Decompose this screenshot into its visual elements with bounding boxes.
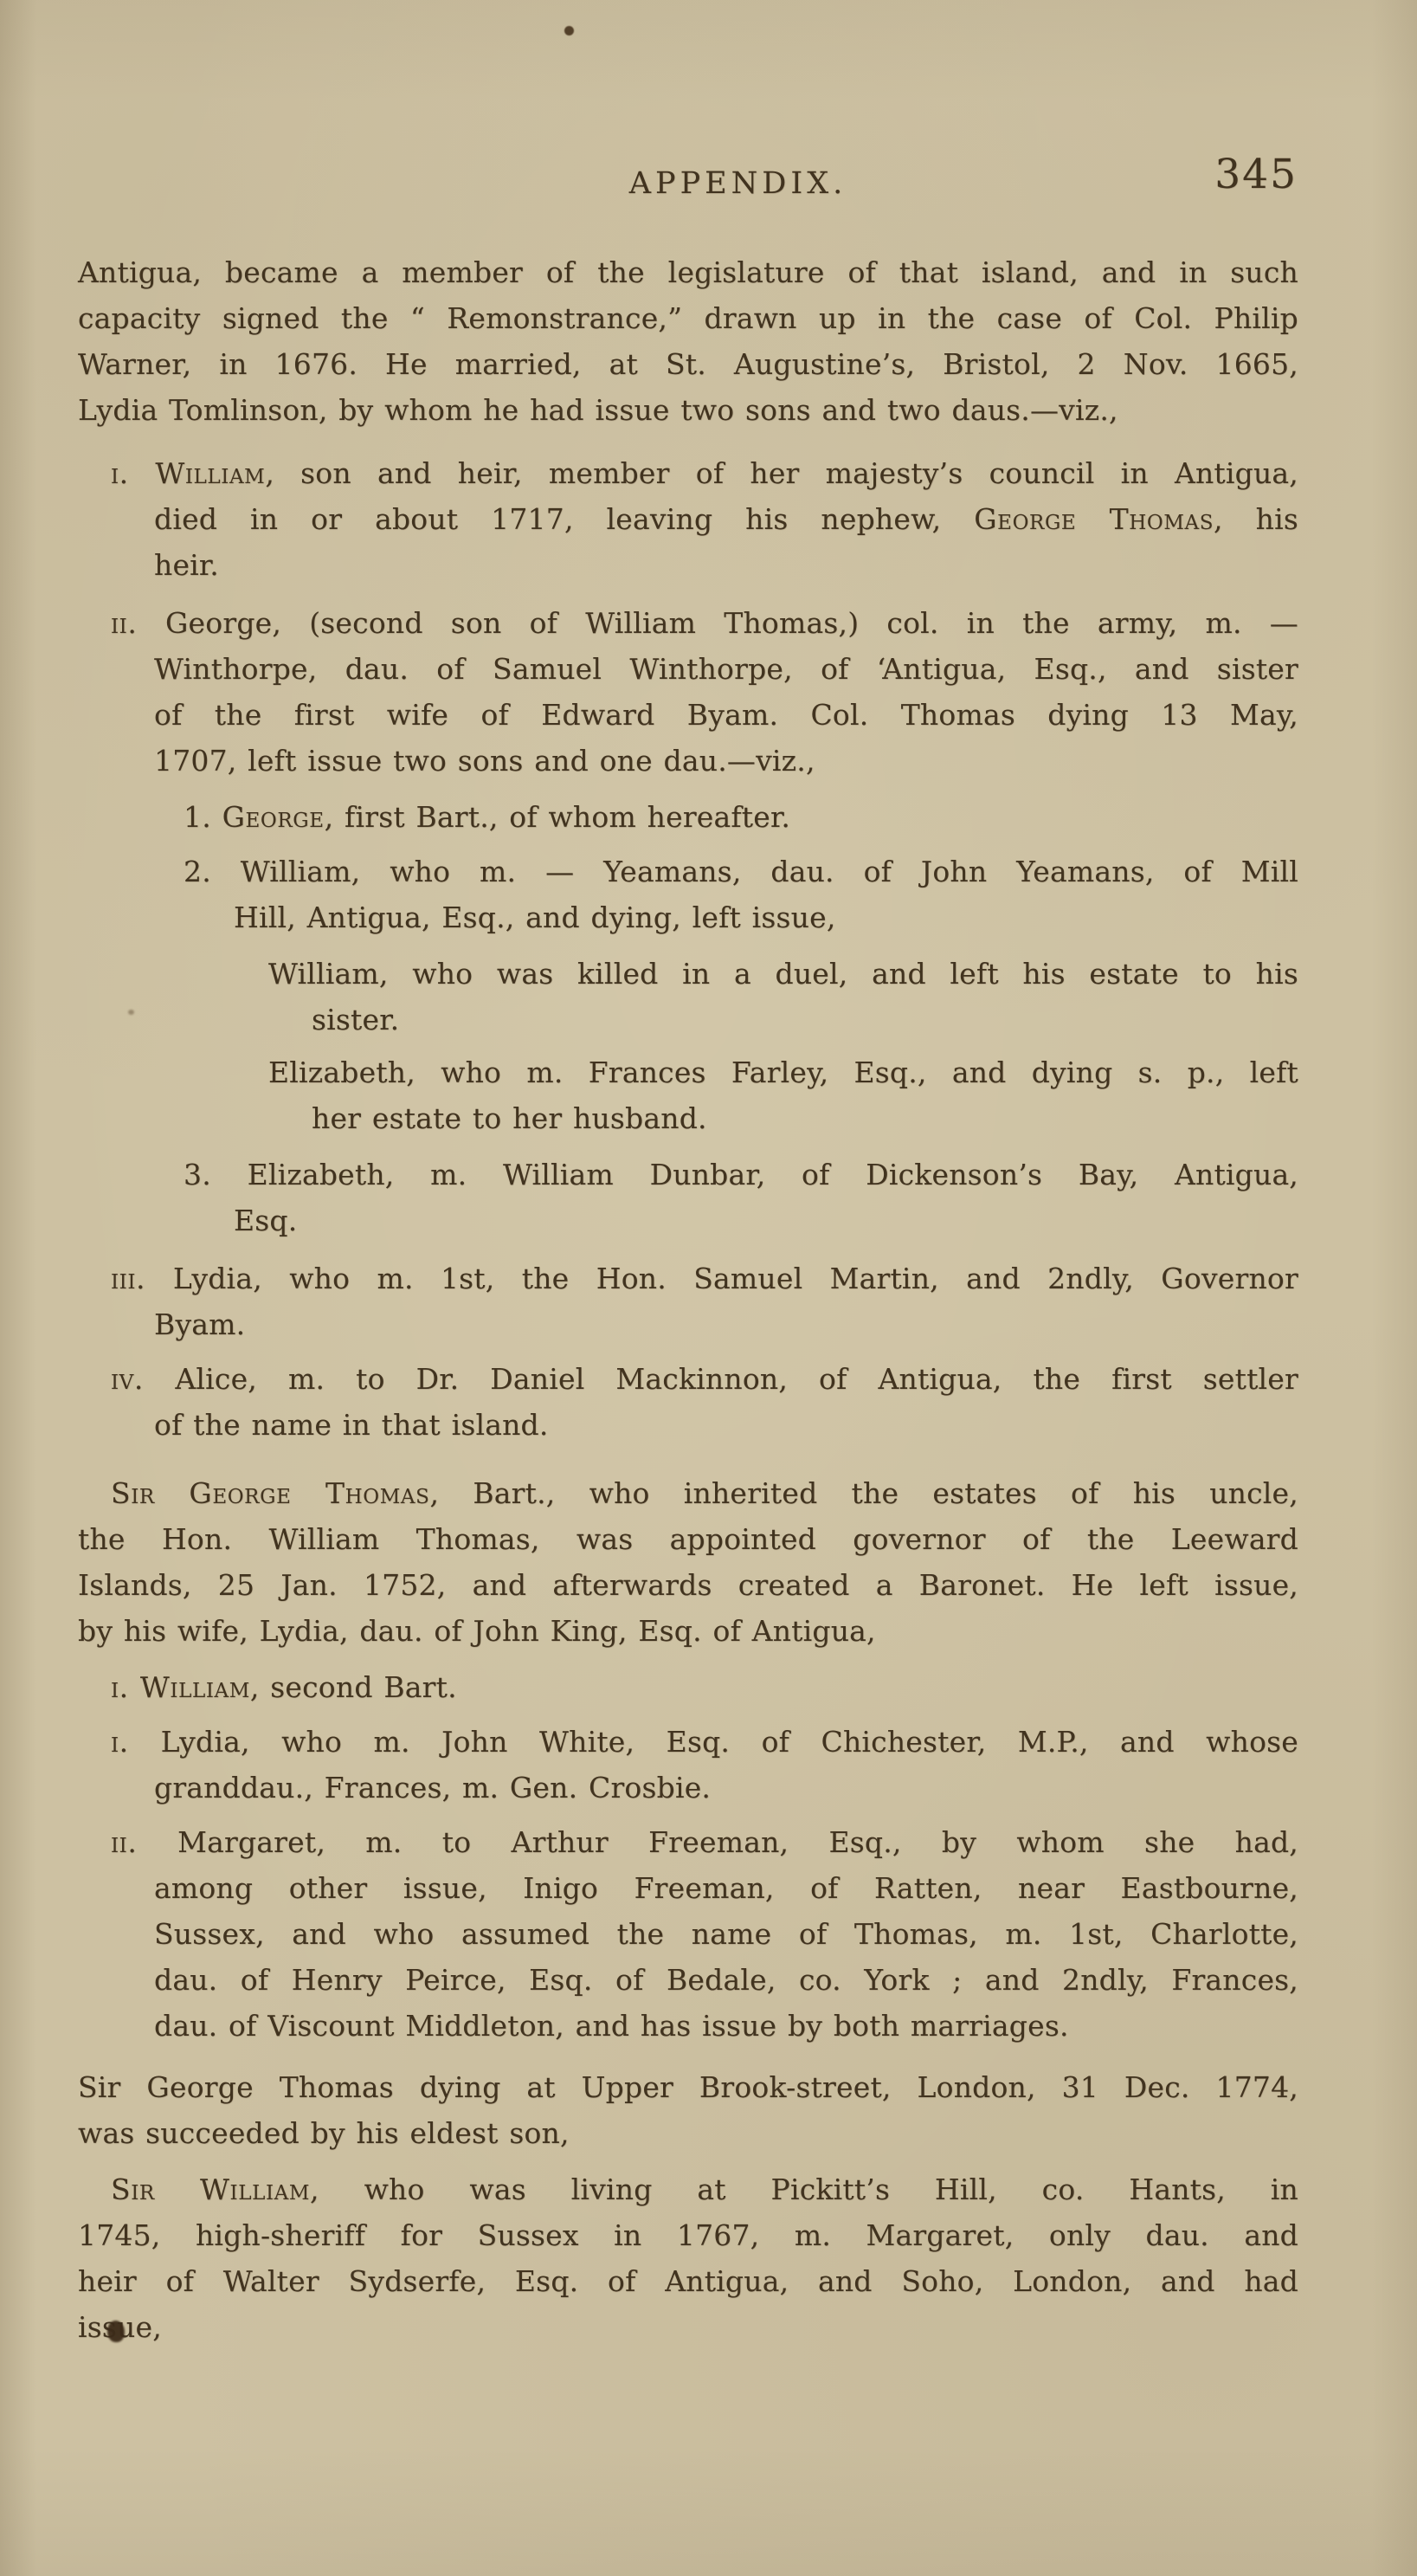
list-item-III-lydia: iii. Lydia, who m. 1st, the Hon. Samuel … [78, 1256, 1298, 1347]
text-line: ii. Margaret, m. to Arthur Freeman, Esq.… [111, 1819, 1298, 1865]
text-line: Antigua, became a member of the legislat… [78, 249, 1298, 295]
text-line: 1745, high-sheriff for Sussex in 1767, m… [78, 2212, 1298, 2258]
roman-numeral: i. [111, 1725, 161, 1759]
text-line: Elizabeth, who m. Frances Farley, Esq., … [268, 1049, 1298, 1095]
text-line: dau. of Henry Peirce, Esq. of Bedale, co… [154, 1957, 1298, 2003]
text-line: Sussex, and who assumed the name of Thom… [154, 1911, 1298, 1957]
roman-numeral: i. [111, 1670, 140, 1704]
paragraph-intro: Antigua, became a member of the legislat… [78, 249, 1298, 433]
text-line: issue, [78, 2304, 1298, 2350]
sub-item-1-george: 1. George, first Bart., of whom hereafte… [78, 794, 1298, 840]
text-line: granddau., Frances, m. Gen. Crosbie. [154, 1765, 1298, 1811]
text-line: William, who was killed in a duel, and l… [268, 951, 1298, 997]
list-item-I-lydia-white: i. Lydia, who m. John White, Esq. of Chi… [78, 1719, 1298, 1811]
person-name: William [140, 1670, 250, 1704]
text-line: her estate to her husband. [312, 1095, 1298, 1141]
text-line: Hill, Antigua, Esq., and dying, left iss… [234, 894, 1298, 940]
text-line: died in or about 1717, leaving his nephe… [154, 496, 1298, 542]
text-line: was succeeded by his eldest son, [78, 2110, 1298, 2156]
paragraph-sir-george-thomas: Sir George Thomas, Bart., who inherited … [78, 1470, 1298, 1654]
list-item-IV-alice: iv. Alice, m. to Dr. Daniel Mackinnon, o… [78, 1356, 1298, 1448]
text-line: ii. George, (second son of William Thoma… [111, 600, 1298, 646]
text-line: heir. [154, 542, 1298, 588]
paragraph-sir-george-dying: Sir George Thomas dying at Upper Brook-s… [78, 2064, 1298, 2156]
text-line: among other issue, Inigo Freeman, of Rat… [154, 1865, 1298, 1911]
ink-dot-top [564, 26, 574, 36]
text-line: i. William, second Bart. [111, 1664, 1298, 1710]
text-line: sister. [312, 997, 1298, 1043]
text-line: Sir George Thomas, Bart., who inherited … [111, 1470, 1298, 1516]
person-name: Sir George Thomas [111, 1476, 429, 1510]
text-line: iv. Alice, m. to Dr. Daniel Mackinnon, o… [111, 1356, 1298, 1402]
text-line: the Hon. William Thomas, was appointed g… [78, 1516, 1298, 1562]
roman-numeral: i. [111, 456, 155, 490]
sub-item-2-william: 2. William, who m. — Yeamans, dau. of Jo… [78, 849, 1298, 940]
sub-sub-item-elizabeth: Elizabeth, who m. Frances Farley, Esq., … [78, 1049, 1298, 1141]
sub-sub-item-william: William, who was killed in a duel, and l… [78, 951, 1298, 1043]
person-name: Sir William [111, 2172, 310, 2206]
roman-numeral: iii. [111, 1262, 173, 1295]
list-item-I-william: i. William, son and heir, member of her … [78, 450, 1298, 588]
book-page: APPENDIX. 345 Antigua, became a member o… [0, 0, 1417, 2576]
text-line: Esq. [234, 1198, 1298, 1243]
text-line: of the name in that island. [154, 1402, 1298, 1448]
person-name: William [155, 456, 265, 490]
text-line: 1. George, first Bart., of whom hereafte… [184, 794, 1298, 840]
item-number: 3. [184, 1158, 248, 1191]
list-item-II-george: ii. George, (second son of William Thoma… [78, 600, 1298, 784]
person-name: George Thomas [974, 502, 1214, 536]
list-item-II-margaret: ii. Margaret, m. to Arthur Freeman, Esq.… [78, 1819, 1298, 2049]
text-line: Islands, 25 Jan. 1752, and afterwards cr… [78, 1562, 1298, 1608]
ink-dot-bottom [107, 2321, 125, 2342]
item-number: 2. [184, 855, 241, 888]
page-body: Antigua, became a member of the legislat… [78, 249, 1298, 2350]
person-name: George [222, 800, 325, 834]
text-line: capacity signed the “ Remonstrance,” dra… [78, 295, 1298, 341]
paragraph-sir-william: Sir William, who was living at Pickitt’s… [78, 2166, 1298, 2350]
roman-numeral: iv. [111, 1362, 175, 1396]
roman-numeral: ii. [111, 1825, 177, 1859]
text-line: Sir George Thomas dying at Upper Brook-s… [78, 2064, 1298, 2110]
text-line: Byam. [154, 1301, 1298, 1347]
item-number: 1. [184, 800, 222, 834]
text-line: iii. Lydia, who m. 1st, the Hon. Samuel … [111, 1256, 1298, 1301]
roman-numeral: ii. [111, 606, 165, 640]
text-line: Warner, in 1676. He married, at St. Augu… [78, 341, 1298, 387]
text-line: i. Lydia, who m. John White, Esq. of Chi… [111, 1719, 1298, 1765]
text-line: 2. William, who m. — Yeamans, dau. of Jo… [184, 849, 1298, 894]
text-line: by his wife, Lydia, dau. of John King, E… [78, 1608, 1298, 1654]
page-number: 345 [1214, 151, 1298, 198]
text-line: heir of Walter Sydserfe, Esq. of Antigua… [78, 2258, 1298, 2304]
text-line: 1707, left issue two sons and one dau.—v… [154, 738, 1298, 784]
text-line: of the first wife of Edward Byam. Col. T… [154, 692, 1298, 738]
sub-item-3-elizabeth: 3. Elizabeth, m. William Dunbar, of Dick… [78, 1152, 1298, 1243]
text-line: Winthorpe, dau. of Samuel Winthorpe, of … [154, 646, 1298, 692]
text-line: dau. of Viscount Middleton, and has issu… [154, 2003, 1298, 2049]
list-item-I-william-2nd-bart: i. William, second Bart. [78, 1664, 1298, 1710]
ink-speck [128, 1010, 134, 1015]
text-line: Lydia Tomlinson, by whom he had issue tw… [78, 387, 1298, 433]
text-line: i. William, son and heir, member of her … [111, 450, 1298, 496]
text-line: 3. Elizabeth, m. William Dunbar, of Dick… [184, 1152, 1298, 1198]
page-title: APPENDIX. [629, 166, 847, 201]
text-line: Sir William, who was living at Pickitt’s… [111, 2166, 1298, 2212]
